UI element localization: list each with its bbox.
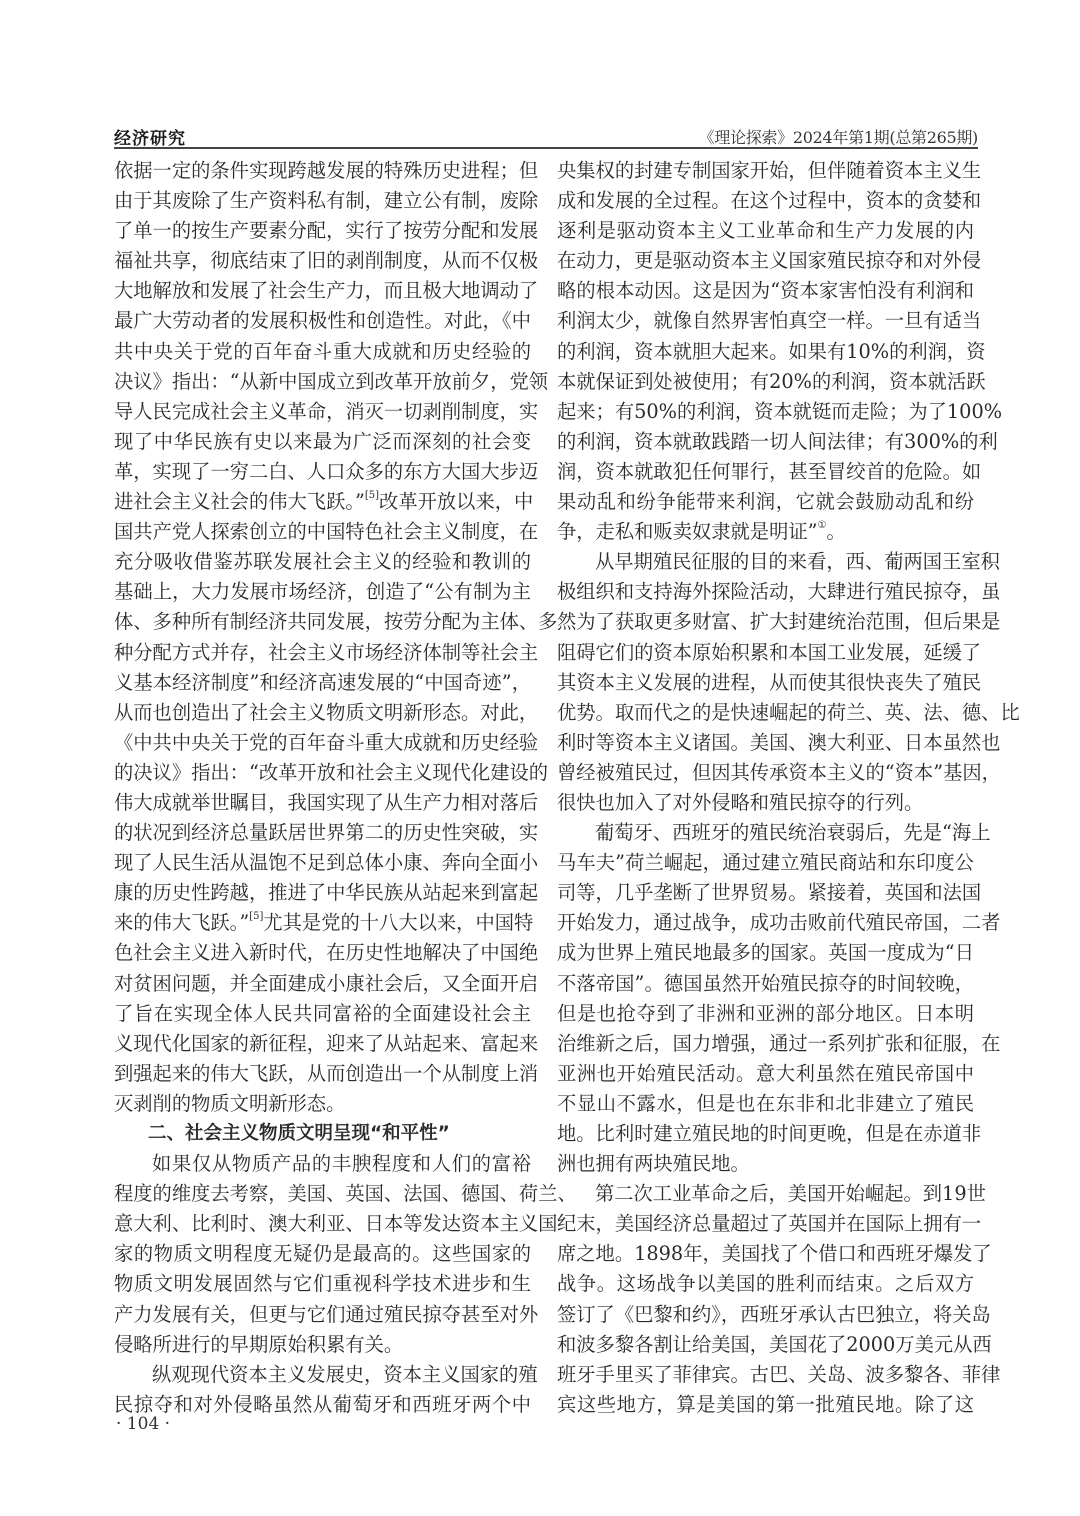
line-text: 民掠夺和对外侵略虽然从葡萄牙和西班牙两个中 [114,1393,531,1416]
text-line: 的利润，资本就敢践踏一切人间法律；有300%的利 [557,427,974,457]
line-text: 依据一定的条件实现跨越发展的特殊历史进程；但 [114,159,538,182]
text-line: 决议》指出：“从新中国成立到改革开放前夕，党领 [114,367,531,397]
line-text: 本就保证到处被使用；有20%的利润，资本就活跃 [557,370,985,393]
line-text: 对贫困问题，并全面建成小康社会后，又全面开启 [114,972,538,995]
line-text: 略的根本动因。这是因为“资本家害怕没有利润和 [557,279,974,302]
text-line: 曾经被殖民过，但因其传承资本主义的“资本”基因， [557,758,974,788]
text-line: 不显山不露水，但是也在东非和北非建立了殖民 [557,1089,974,1119]
text-line: 亚洲也开始殖民活动。意大利虽然在殖民帝国中 [557,1059,974,1089]
text-line: 程度的维度去考察，美国、英国、法国、德国、荷兰、 [114,1179,531,1209]
line-text: 的状况到经济总量跃居世界第二的历史性突破，实 [114,821,538,844]
line-text: 由于其废除了生产资料私有制，建立公有制，废除 [114,189,538,212]
text-line: 了旨在实现全体人民共同富裕的全面建设社会主 [114,999,531,1029]
line-text: 其资本主义发展的进程，从而使其很快丧失了殖民 [557,671,981,694]
line-text: 亚洲也开始殖民活动。意大利虽然在殖民帝国中 [557,1062,974,1085]
text-line: 了单一的按生产要素分配，实行了按劳分配和发展 [114,216,531,246]
text-line: 对贫困问题，并全面建成小康社会后，又全面开启 [114,969,531,999]
line-text: 二、社会主义物质文明呈现“和平性” [148,1123,450,1144]
line-text: 共中央关于党的百年奋斗重大成就和历史经验的 [114,340,531,363]
line-text: 马车夫”荷兰崛起，通过建立殖民商站和东印度公 [557,851,974,874]
line-text: 成和发展的全过程。在这个过程中，资本的贪婪和 [557,189,981,212]
line-text: 到强起来的伟大飞跃，从而创造出一个从制度上消 [114,1062,538,1085]
text-line: 争，走私和贩卖奴隶就是明证”①。 [557,517,974,547]
text-line: 最广大劳动者的发展积极性和创造性。对此，《中 [114,306,531,336]
text-line: 灭剥削的物质文明新形态。 [114,1089,531,1119]
line-text: 福祉共享，彻底结束了旧的剥削制度，从而不仅极 [114,249,538,272]
line-text: 不显山不露水，但是也在东非和北非建立了殖民 [557,1092,974,1115]
line-text: 治维新之后，国力增强，通过一系列扩张和征服，在 [557,1032,1000,1055]
line-text: 阻碍它们的资本原始积累和本国工业发展，延缓了 [557,641,981,664]
page-number: · 104 · [116,1414,170,1434]
text-line: 进社会主义社会的伟大飞跃。”[5]改革开放以来，中 [114,487,531,517]
line-text: 改革开放以来，中 [379,490,533,513]
line-text: 充分吸收借鉴苏联发展社会主义的经验和教训的 [114,550,531,573]
citation-marker: [5] [249,911,263,922]
text-line: 如果仅从物质产品的丰腴程度和人们的富裕 [114,1149,531,1179]
line-text: 润，资本就敢犯任何罪行，甚至冒绞首的危险。如 [557,460,981,483]
line-text: 的利润，资本就敢践踏一切人间法律；有300%的利 [557,430,998,453]
line-text: 来的伟大飞跃。” [114,911,249,934]
text-line: 马车夫”荷兰崛起，通过建立殖民商站和东印度公 [557,848,974,878]
line-text: 宾这些地方，算是美国的第一批殖民地。除了这 [557,1393,974,1416]
line-text: 纵观现代资本主义发展史，资本主义国家的殖 [152,1363,538,1386]
line-text: 第二次工业革命之后，美国开始崛起。到19世 [595,1182,986,1205]
line-text: 成为世界上殖民地最多的国家。英国一度成为“日 [557,941,974,964]
line-text: 种分配方式并存，社会主义市场经济体制等社会主 [114,641,538,664]
line-text: 和波多黎各割让给美国，美国花了2000万美元从西 [557,1333,992,1356]
line-text: 地。比利时建立殖民地的时间更晚，但是在赤道非 [557,1122,981,1145]
text-line: 来的伟大飞跃。”[5]尤其是党的十八大以来，中国特 [114,908,531,938]
text-line: 开始发力，通过战争，成功击败前代殖民帝国，二者 [557,908,974,938]
line-text: 意大利、比利时、澳大利亚、日本等发达资本主义国 [114,1212,557,1235]
text-line: 色社会主义进入新时代，在历史性地解决了中国绝 [114,938,531,968]
line-text: 物质文明发展固然与它们重视科学技术进步和生 [114,1272,531,1295]
line-text: 现了中华民族有史以来最为广泛而深刻的社会变 [114,430,531,453]
line-text: 了旨在实现全体人民共同富裕的全面建设社会主 [114,1002,531,1025]
running-header: 经济研究 《理论探索》2024年第1期(总第265期) [114,124,978,148]
line-text: 司等，几乎垄断了世界贸易。紧接着，英国和法国 [557,881,981,904]
text-line: 纵观现代资本主义发展史，资本主义国家的殖 [114,1360,531,1390]
line-text: 基础上，大力发展市场经济，创造了“公有制为主 [114,580,531,603]
text-line: 治维新之后，国力增强，通过一系列扩张和征服，在 [557,1029,974,1059]
text-line: 其资本主义发展的进程，从而使其很快丧失了殖民 [557,668,974,698]
text-line: 起来；有50%的利润，资本就铤而走险；为了100% [557,397,974,427]
text-line: 本就保证到处被使用；有20%的利润，资本就活跃 [557,367,974,397]
text-line: 成为世界上殖民地最多的国家。英国一度成为“日 [557,938,974,968]
line-text: 洲也拥有两块殖民地。 [557,1152,750,1175]
text-line: 阻碍它们的资本原始积累和本国工业发展，延缓了 [557,638,974,668]
text-line: 侵略所进行的早期原始积累有关。 [114,1330,531,1360]
line-text: 然为了获取更多财富、扩大封建统治范围，但后果是 [557,610,1000,633]
line-text: 决议》指出：“从新中国成立到改革开放前夕，党领 [114,370,548,393]
text-line: 从早期殖民征服的目的来看，西、葡两国王室积 [557,547,974,577]
line-text: 色社会主义进入新时代，在历史性地解决了中国绝 [114,941,538,964]
text-line: 共中央关于党的百年奋斗重大成就和历史经验的 [114,337,531,367]
text-line: 优势。取而代之的是快速崛起的荷兰、英、法、德、比 [557,698,974,728]
text-line: 的利润，资本就胆大起来。如果有10%的利润，资 [557,337,974,367]
line-text: 进社会主义社会的伟大飞跃。” [114,490,365,513]
text-line: 洲也拥有两块殖民地。 [557,1149,974,1179]
text-line: 很快也加入了对外侵略和殖民掠夺的行列。 [557,788,974,818]
line-text: 利润太少，就像自然界害怕真空一样。一旦有适当 [557,309,981,332]
text-line: 然为了获取更多财富、扩大封建统治范围，但后果是 [557,607,974,637]
line-text: 果动乱和纷争能带来利润，它就会鼓励动乱和纷 [557,490,974,513]
line-text: 康的历史性跨越，推进了中华民族从站起来到富起 [114,881,538,904]
line-text: 的决议》指出：“改革开放和社会主义现代化建设的 [114,761,548,784]
line-text: 《中共中央关于党的百年奋斗重大成就和历史经验 [114,731,538,754]
section-title: 经济研究 [114,124,186,149]
text-line: 现了中华民族有史以来最为广泛而深刻的社会变 [114,427,531,457]
line-text: 灭剥削的物质文明新形态。 [114,1092,345,1115]
line-text: 产力发展有关，但更与它们通过殖民掠夺甚至对外 [114,1303,538,1326]
line-text: 伟大成就举世瞩目，我国实现了从生产力相对落后 [114,791,538,814]
line-text: 如果仅从物质产品的丰腴程度和人们的富裕 [152,1152,531,1175]
line-text: 了单一的按生产要素分配，实行了按劳分配和发展 [114,219,538,242]
text-line: 充分吸收借鉴苏联发展社会主义的经验和教训的 [114,547,531,577]
text-line: 从而也创造出了社会主义物质文明新形态。对此， [114,698,531,728]
text-line: 现了人民生活从温饱不足到总体小康、奔向全面小 [114,848,531,878]
text-line: 的决议》指出：“改革开放和社会主义现代化建设的 [114,758,531,788]
text-line: 大地解放和发展了社会生产力，而且极大地调动了 [114,276,531,306]
line-text: 葡萄牙、西班牙的殖民统治衰弱后，先是“海上 [595,821,990,844]
left-column: 依据一定的条件实现跨越发展的特殊历史进程；但由于其废除了生产资料私有制，建立公有… [114,156,531,1420]
text-line: 到强起来的伟大飞跃，从而创造出一个从制度上消 [114,1059,531,1089]
text-line: 民掠夺和对外侵略虽然从葡萄牙和西班牙两个中 [114,1390,531,1420]
text-line: 但是也抢夺到了非洲和亚洲的部分地区。日本明 [557,999,974,1029]
line-text: 。 [826,520,845,543]
citation-marker: ① [818,520,827,531]
line-text: 体、多种所有制经济共同发展，按劳分配为主体、多 [114,610,557,633]
citation-marker: [5] [365,490,379,501]
line-text: 班牙手里买了菲律宾。古巴、关岛、波多黎各、菲律 [557,1363,1000,1386]
text-line: 康的历史性跨越，推进了中华民族从站起来到富起 [114,878,531,908]
line-text: 争，走私和贩卖奴隶就是明证” [557,520,818,543]
line-text: 很快也加入了对外侵略和殖民掠夺的行列。 [557,791,923,814]
right-column: 央集权的封建专制国家开始，但伴随着资本主义生成和发展的全过程。在这个过程中，资本… [557,156,974,1420]
text-line: 义现代化国家的新征程，迎来了从站起来、富起来 [114,1029,531,1059]
text-line: 国共产党人探索创立的中国特色社会主义制度，在 [114,517,531,547]
line-text: 极组织和支持海外探险活动，大肆进行殖民掠夺，虽 [557,580,1000,603]
text-line: 逐利是驱动资本主义工业革命和生产力发展的内 [557,216,974,246]
text-line: 义基本经济制度”和经济高速发展的“中国奇迹”， [114,668,531,698]
line-text: 义现代化国家的新征程，迎来了从站起来、富起来 [114,1032,538,1055]
line-text: 纪末，美国经济总量超过了英国并在国际上拥有一 [557,1212,981,1235]
line-text: 程度的维度去考察，美国、英国、法国、德国、荷兰、 [114,1182,577,1205]
text-line: 宾这些地方，算是美国的第一批殖民地。除了这 [557,1390,974,1420]
line-text: 的利润，资本就胆大起来。如果有10%的利润，资 [557,340,985,363]
line-text: 现了人民生活从温饱不足到总体小康、奔向全面小 [114,851,538,874]
line-text: 优势。取而代之的是快速崛起的荷兰、英、法、德、比 [557,701,1020,724]
line-text: 曾经被殖民过，但因其传承资本主义的“资本”基因， [557,761,1001,784]
text-line: 成和发展的全过程。在这个过程中，资本的贪婪和 [557,186,974,216]
text-line: 和波多黎各割让给美国，美国花了2000万美元从西 [557,1330,974,1360]
line-text: 起来；有50%的利润，资本就铤而走险；为了100% [557,400,1002,423]
text-line: 战争。这场战争以美国的胜利而结束。之后双方 [557,1269,974,1299]
line-text: 从早期殖民征服的目的来看，西、葡两国王室积 [595,550,1000,573]
line-text: 但是也抢夺到了非洲和亚洲的部分地区。日本明 [557,1002,974,1025]
text-line: 的状况到经济总量跃居世界第二的历史性突破，实 [114,818,531,848]
text-line: 在动力，更是驱动资本主义国家殖民掠夺和对外侵 [557,246,974,276]
text-line: 第二次工业革命之后，美国开始崛起。到19世 [557,1179,974,1209]
text-line: 由于其废除了生产资料私有制，建立公有制，废除 [114,186,531,216]
text-line: 班牙手里买了菲律宾。古巴、关岛、波多黎各、菲律 [557,1360,974,1390]
section-heading: 二、社会主义物质文明呈现“和平性” [114,1119,531,1149]
line-text: 不落帝国”。德国虽然开始殖民掠夺的时间较晚， [557,972,974,995]
line-text: 开始发力，通过战争，成功击败前代殖民帝国，二者 [557,911,1000,934]
line-text: 最广大劳动者的发展积极性和创造性。对此，《中 [114,309,531,332]
line-text: 国共产党人探索创立的中国特色社会主义制度，在 [114,520,538,543]
text-line: 基础上，大力发展市场经济，创造了“公有制为主 [114,577,531,607]
header-rule [114,147,978,149]
text-line: 不落帝国”。德国虽然开始殖民掠夺的时间较晚， [557,969,974,999]
line-text: 签订了《巴黎和约》，西班牙承认古巴独立，将关岛 [557,1303,991,1326]
text-line: 家的物质文明程度无疑仍是最高的。这些国家的 [114,1239,531,1269]
line-text: 央集权的封建专制国家开始，但伴随着资本主义生 [557,159,981,182]
journal-citation: 《理论探索》2024年第1期(总第265期) [699,125,978,148]
text-line: 体、多种所有制经济共同发展，按劳分配为主体、多 [114,607,531,637]
text-line: 司等，几乎垄断了世界贸易。紧接着，英国和法国 [557,878,974,908]
line-text: 大地解放和发展了社会生产力，而且极大地调动了 [114,279,538,302]
text-line: 略的根本动因。这是因为“资本家害怕没有利润和 [557,276,974,306]
text-line: 席之地。1898年，美国找了个借口和西班牙爆发了 [557,1239,974,1269]
text-line: 葡萄牙、西班牙的殖民统治衰弱后，先是“海上 [557,818,974,848]
text-line: 物质文明发展固然与它们重视科学技术进步和生 [114,1269,531,1299]
text-line: 央集权的封建专制国家开始，但伴随着资本主义生 [557,156,974,186]
text-line: 签订了《巴黎和约》，西班牙承认古巴独立，将关岛 [557,1300,974,1330]
text-line: 地。比利时建立殖民地的时间更晚，但是在赤道非 [557,1119,974,1149]
text-line: 极组织和支持海外探险活动，大肆进行殖民掠夺，虽 [557,577,974,607]
line-text: 在动力，更是驱动资本主义国家殖民掠夺和对外侵 [557,249,981,272]
text-line: 意大利、比利时、澳大利亚、日本等发达资本主义国 [114,1209,531,1239]
line-text: 家的物质文明程度无疑仍是最高的。这些国家的 [114,1242,531,1265]
line-text: 战争。这场战争以美国的胜利而结束。之后双方 [557,1272,974,1295]
line-text: 从而也创造出了社会主义物质文明新形态。对此， [114,701,538,724]
line-text: 尤其是党的十八大以来，中国特 [263,911,533,934]
line-text: 席之地。1898年，美国找了个借口和西班牙爆发了 [557,1242,992,1265]
text-line: 纪末，美国经济总量超过了英国并在国际上拥有一 [557,1209,974,1239]
line-text: 导人民完成社会主义革命，消灭一切剥削制度，实 [114,400,538,423]
text-line: 革，实现了一穷二白、人口众多的东方大国大步迈 [114,457,531,487]
text-line: 润，资本就敢犯任何罪行，甚至冒绞首的危险。如 [557,457,974,487]
text-line: 依据一定的条件实现跨越发展的特殊历史进程；但 [114,156,531,186]
text-line: 福祉共享，彻底结束了旧的剥削制度，从而不仅极 [114,246,531,276]
text-line: 果动乱和纷争能带来利润，它就会鼓励动乱和纷 [557,487,974,517]
text-line: 伟大成就举世瞩目，我国实现了从生产力相对落后 [114,788,531,818]
text-line: 产力发展有关，但更与它们通过殖民掠夺甚至对外 [114,1300,531,1330]
text-line: 种分配方式并存，社会主义市场经济体制等社会主 [114,638,531,668]
text-line: 《中共中央关于党的百年奋斗重大成就和历史经验 [114,728,531,758]
line-text: 义基本经济制度”和经济高速发展的“中国奇迹”， [114,671,531,694]
line-text: 侵略所进行的早期原始积累有关。 [114,1333,403,1356]
line-text: 利时等资本主义诸国。美国、澳大利亚、日本虽然也 [557,731,1000,754]
text-line: 利时等资本主义诸国。美国、澳大利亚、日本虽然也 [557,728,974,758]
text-line: 利润太少，就像自然界害怕真空一样。一旦有适当 [557,306,974,336]
text-line: 导人民完成社会主义革命，消灭一切剥削制度，实 [114,397,531,427]
line-text: 革，实现了一穷二白、人口众多的东方大国大步迈 [114,460,538,483]
line-text: 逐利是驱动资本主义工业革命和生产力发展的内 [557,219,974,242]
